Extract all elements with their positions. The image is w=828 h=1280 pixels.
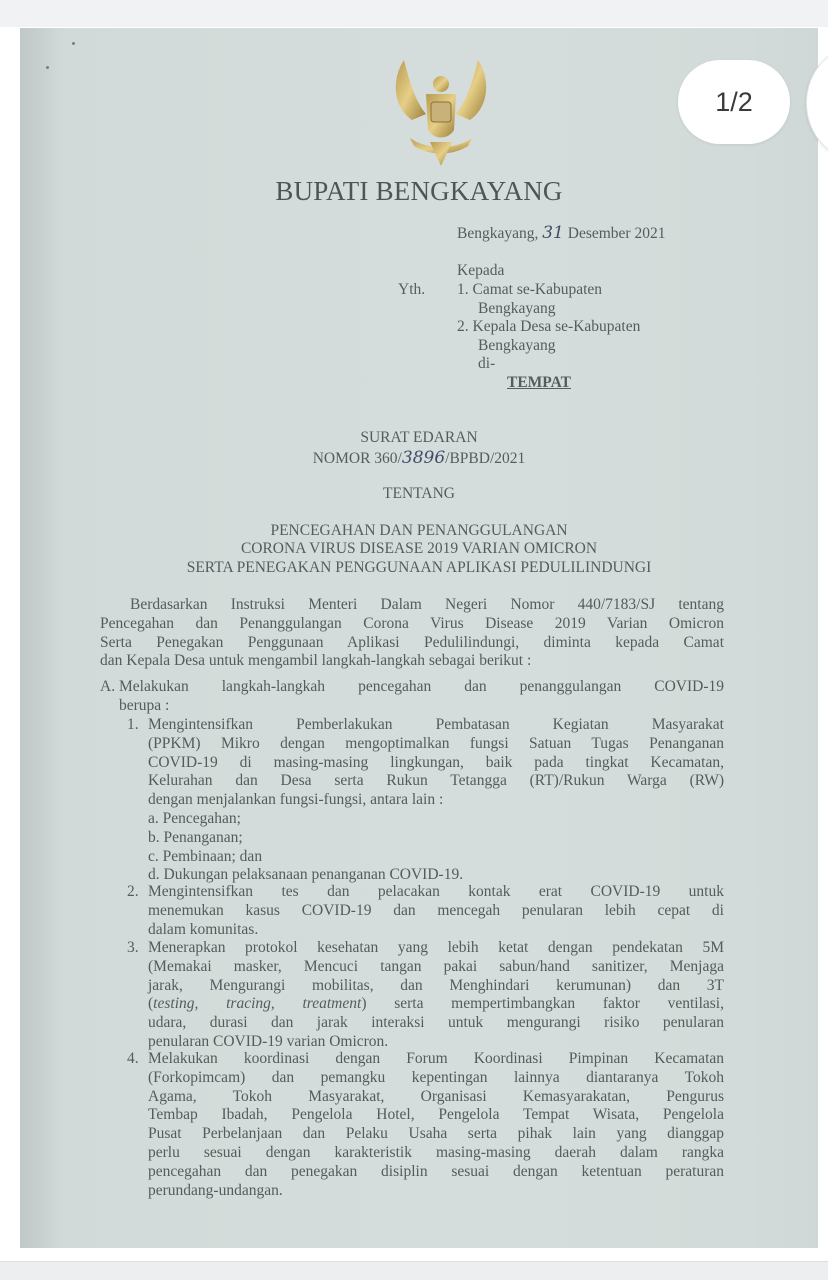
item-1-subitems: a. Pencegahan; b. Penanganan; c. Pembina… [148, 810, 724, 885]
recipient-line: 1. Camat se-Kabupaten [457, 281, 602, 300]
paragraph-line: Berdasarkan Instruksi Menteri Dalam Nege… [100, 596, 724, 615]
paragraph-line: berupa : [119, 697, 724, 716]
paragraph-line: perundang-undangan. [148, 1182, 724, 1201]
paragraph-line: Pencegahan dan Penanggulangan Corona Vir… [100, 615, 724, 634]
recipient-yth: Yth. [398, 281, 425, 300]
handwritten-day: 31 [542, 223, 564, 243]
garuda-emblem-icon [386, 58, 496, 170]
paragraph-line: Agama, Tokoh Masyarakat, Organisasi Kema… [148, 1088, 724, 1107]
subitem: a. Pencegahan; [148, 810, 724, 829]
handwritten-number: 3896 [402, 448, 445, 468]
dust-speck [46, 66, 49, 69]
date-prefix: Bengkayang, [457, 225, 538, 242]
recipient-place: TEMPAT [507, 374, 571, 393]
section-marker: A. [100, 678, 115, 697]
dust-speck [72, 42, 75, 45]
paragraph-line: Tembap Ibadah, Pengelola Hotel, Pengelol… [148, 1106, 724, 1125]
paragraph-line: pencegahan dan penegakan disiplin sesuai… [148, 1163, 724, 1182]
recipient-line: di- [478, 355, 495, 374]
item-2-text: Mengintensifkan tes dan pelacakan kontak… [148, 883, 724, 939]
paragraph-line: Serta Penegakan Penggunaan Aplikasi Pedu… [100, 634, 724, 653]
letter-about: TENTANG [20, 485, 818, 504]
date-suffix: Desember 2021 [568, 225, 666, 242]
subject-line: SERTA PENEGAKAN PENGGUNAAN APLIKASI PEDU… [20, 559, 818, 578]
subject-line: PENCEGAHAN DAN PENANGGULANGAN [20, 522, 818, 541]
top-bar [0, 0, 828, 27]
subitem: c. Pembinaan; dan [148, 848, 724, 867]
paragraph-line: udara, durasi dan jarak interaksi untuk … [148, 1014, 724, 1033]
paragraph-line: COVID-19 di masing-masing lingkungan, ba… [148, 754, 724, 773]
item-4-text: Melakukan koordinasi dengan Forum Koordi… [148, 1050, 724, 1200]
paragraph-line: penularan COVID-19 varian Omicron. [148, 1033, 724, 1052]
paragraph-line: (testing, tracing, treatment) serta memp… [148, 995, 724, 1014]
letter-type: SURAT EDARAN [20, 429, 818, 448]
item-marker: 4. [127, 1050, 139, 1069]
paragraph-line: Menerapkan protokol kesehatan yang lebih… [148, 939, 724, 958]
paragraph-line: dengan menjalankan fungsi-fungsi, antara… [148, 791, 724, 810]
subject-line: CORONA VIRUS DISEASE 2019 VARIAN OMICRON [20, 540, 818, 559]
item-3-text: Menerapkan protokol kesehatan yang lebih… [148, 939, 724, 1052]
letterhead-title: BUPATI BENGKAYANG [20, 176, 818, 207]
recipient-line: 2. Kepala Desa se-Kabupaten [457, 318, 640, 337]
recipient-kepada: Kepada [457, 262, 504, 281]
letter-number: NOMOR 360/3896/BPBD/2021 [20, 449, 818, 469]
paragraph-line: (Memakai masker, Mencuci tangan pakai sa… [148, 958, 724, 977]
bottom-bar [0, 1261, 828, 1280]
paragraph-line: (PPKM) Mikro dengan mengoptimalkan fungs… [148, 735, 724, 754]
paragraph-line: perlu sesuai dengan karakteristik masing… [148, 1144, 724, 1163]
recipient-line: Bengkayang [478, 300, 555, 319]
subitem: b. Penanganan; [148, 829, 724, 848]
item-marker: 1. [127, 716, 139, 735]
paragraph-line: Melakukan koordinasi dengan Forum Koordi… [148, 1050, 724, 1069]
number-suffix: /BPBD/2021 [445, 450, 525, 467]
paragraph-line: dalam komunitas. [148, 921, 724, 940]
letter-date: Bengkayang, 31 Desember 2021 [457, 224, 665, 244]
intro-paragraph: Berdasarkan Instruksi Menteri Dalam Nege… [100, 596, 724, 671]
recipient-line: Bengkayang [478, 337, 555, 356]
section-a-text: Melakukan langkah-langkah pencegahan dan… [119, 678, 724, 716]
page-indicator: 1/2 [678, 60, 790, 144]
paragraph-line: jarak, Mengurangi mobilitas, dan Menghin… [148, 977, 724, 996]
paragraph-line: Mengintensifkan Pemberlakukan Pembatasan… [148, 716, 724, 735]
document-photo[interactable]: BUPATI BENGKAYANG Bengkayang, 31 Desembe… [20, 28, 818, 1248]
item-1-text: Mengintensifkan Pemberlakukan Pembatasan… [148, 716, 724, 810]
letter-page: BUPATI BENGKAYANG Bengkayang, 31 Desembe… [20, 28, 818, 1248]
paragraph-line: dan Kepala Desa untuk mengambil langkah-… [100, 652, 724, 671]
number-prefix: NOMOR 360/ [313, 450, 402, 467]
paragraph-line: Pusat Perbelanjaan dan Pelaku Usaha sert… [148, 1125, 724, 1144]
paragraph-line: Melakukan langkah-langkah pencegahan dan… [119, 678, 724, 697]
paragraph-line: (Forkopimcam) dan pemangku kepentingan l… [148, 1069, 724, 1088]
item-marker: 3. [127, 939, 139, 958]
paragraph-line: Mengintensifkan tes dan pelacakan kontak… [148, 883, 724, 902]
paragraph-line: menemukan kasus COVID-19 dan mencegah pe… [148, 902, 724, 921]
paragraph-line: Kelurahan dan Desa serta Rukun Tetangga … [148, 772, 724, 791]
item-marker: 2. [127, 883, 139, 902]
